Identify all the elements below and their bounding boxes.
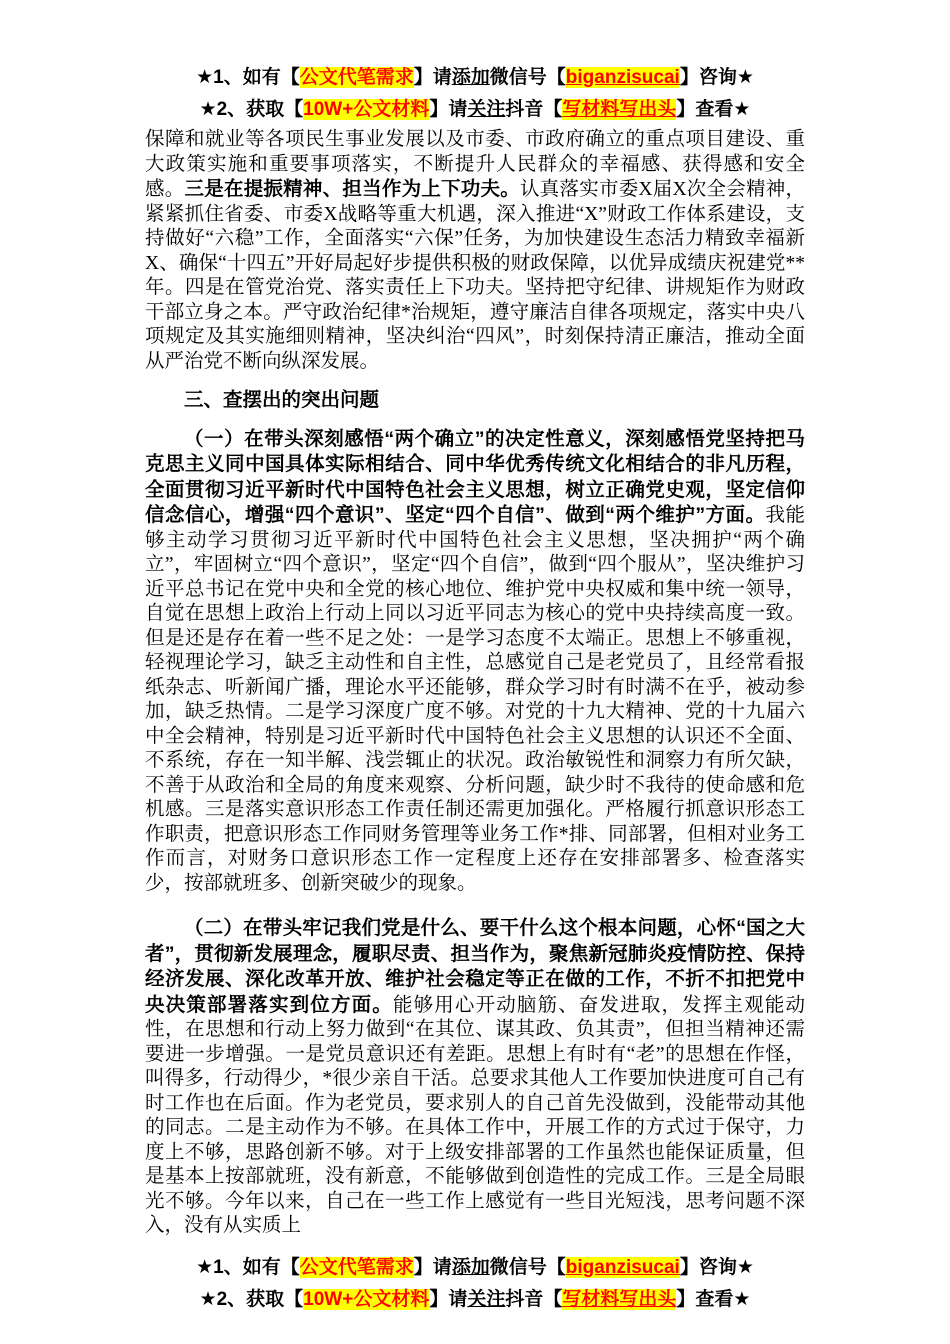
promo-segment-plain: ★1、如有【 (196, 67, 300, 88)
promo-segment-plain: 】请 (429, 1289, 467, 1310)
bold-text-run: 三、查摆出的突出问题 (184, 389, 379, 411)
promo-segment-red-hl: 公文代笔需求 (300, 1257, 414, 1278)
promo-segment-plain: 】请 (429, 99, 467, 120)
paragraph-item-1: （一）在带头深刻感悟“两个确立”的决定性意义，深刻感悟党坚持把马克思主义同中国具… (145, 427, 805, 897)
paragraph-continued: 保障和就业等各项民生事业发展以及市委、市政府确立的重点项目建设、重大政策实施和重… (145, 128, 805, 374)
promo-segment-plain: 抖音【 (505, 1289, 562, 1310)
promo-segment-red-hl-underline: biganzisucai (566, 1257, 680, 1278)
document-page: ★1、如有【公文代笔需求】请添加微信号【biganzisucai】咨询★★2、获… (0, 0, 950, 1344)
promo-segment-red-hl: 10W+公文材料 (303, 1289, 429, 1310)
promo-segment-red-hl-underline: biganzisucai (566, 67, 680, 88)
promo-segment-plain: ★2、获取【 (200, 1289, 304, 1310)
promo-segment-plain: 】查看★ (676, 99, 750, 120)
text-run: 能够用心开动脑筋、奋发进取，发挥主观能动性，在思想和行动上努力做到“在其位、谋其… (145, 995, 805, 1237)
bold-text-run: （一）在带头深刻感悟“两个确立”的决定性意义，深刻感悟党坚持把马克思主义同中国具… (145, 428, 805, 527)
promo-segment-plain: 抖音【 (505, 99, 562, 120)
promo-segment-red-hl: 公文代笔需求 (300, 67, 414, 88)
promo-segment-plain: ★2、获取【 (200, 99, 304, 120)
promo-segment-red-hl-underline: 写材料写出头 (562, 1289, 676, 1310)
promo-segment-plain: 】咨询★ (680, 67, 754, 88)
promo-segment-plain: 】请 (414, 1257, 452, 1278)
promo-segment-underline: 关注 (467, 99, 505, 120)
promo-segment-underline: 关注 (467, 1289, 505, 1310)
promo-segment-plain: 】请 (414, 67, 452, 88)
promo-line: ★2、获取【10W+公文材料】请关注抖音【写材料写出头】查看★ (0, 1284, 950, 1316)
promo-segment-red-hl-underline: 写材料写出头 (562, 99, 676, 120)
promo-header: ★1、如有【公文代笔需求】请添加微信号【biganzisucai】咨询★★2、获… (0, 0, 950, 126)
promo-segment-plain: 】咨询★ (680, 1257, 754, 1278)
promo-segment-plain: 】查看★ (676, 1289, 750, 1310)
promo-segment-plain: 微信号【 (490, 67, 566, 88)
promo-segment-underline: 添加 (452, 67, 490, 88)
section-heading: 三、查摆出的突出问题 (145, 388, 805, 413)
text-run: 我能够主动学习贯彻习近平新时代中国特色社会主义思想，坚决拥护“两个确立”，牢固树… (145, 505, 805, 894)
promo-segment-plain: 微信号【 (490, 1257, 566, 1278)
promo-segment-plain: ★1、如有【 (196, 1257, 300, 1278)
document-body: 保障和就业等各项民生事业发展以及市委、市政府确立的重点项目建设、重大政策实施和重… (145, 128, 805, 1239)
paragraph-item-2: （二）在带头牢记我们党是什么、要干什么这个根本问题，心怀“国之大者”，贯彻新发展… (145, 916, 805, 1239)
promo-line: ★1、如有【公文代笔需求】请添加微信号【biganzisucai】咨询★ (0, 1252, 950, 1284)
bold-text-run: 三是在提振精神、担当作为上下功夫。 (184, 178, 520, 200)
text-run: 认真落实市委X届X次全会精神，紧紧抓住省委、市委X战略等重大机遇，深入推进“X”… (145, 179, 805, 372)
promo-segment-underline: 添加 (452, 1257, 490, 1278)
promo-line: ★1、如有【公文代笔需求】请添加微信号【biganzisucai】咨询★ (0, 62, 950, 94)
promo-segment-red-hl: 10W+公文材料 (303, 99, 429, 120)
promo-footer: ★1、如有【公文代笔需求】请添加微信号【biganzisucai】咨询★★2、获… (0, 1239, 950, 1316)
promo-line: ★2、获取【10W+公文材料】请关注抖音【写材料写出头】查看★ (0, 94, 950, 126)
